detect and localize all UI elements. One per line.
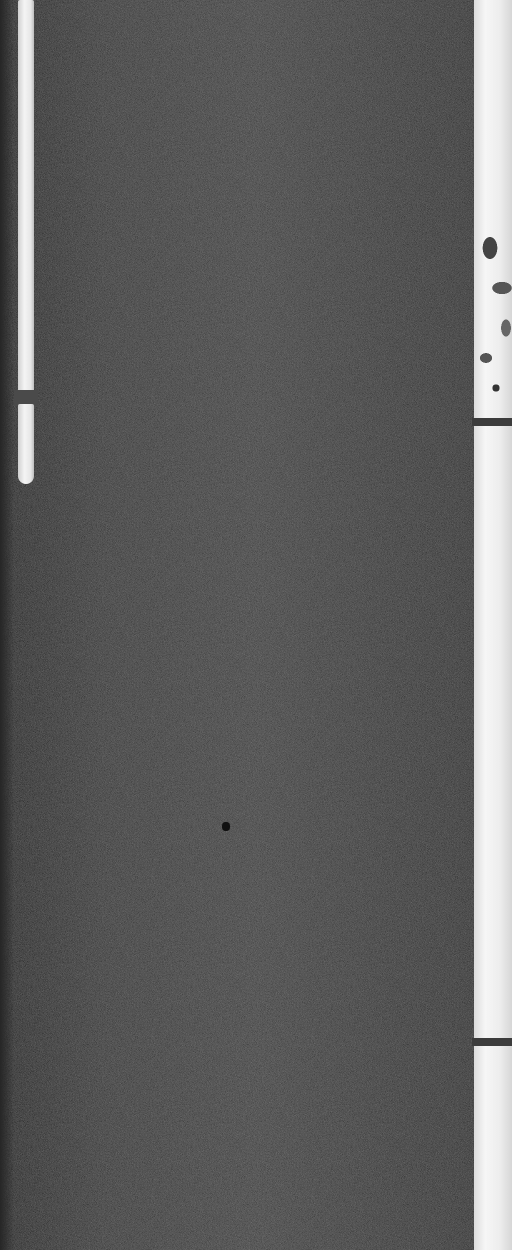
lane-dash-marking [18,404,34,484]
edge-line-wear [476,228,512,418]
left-shoulder-shadow [0,0,14,1250]
edge-line-marking [474,0,512,1250]
pavement-seam [472,418,512,426]
asphalt-texture [0,0,512,1250]
pavement-seam [472,1038,512,1046]
lane-dash-marking [18,0,34,392]
dark-spot [222,822,230,831]
road-scene [0,0,512,1250]
